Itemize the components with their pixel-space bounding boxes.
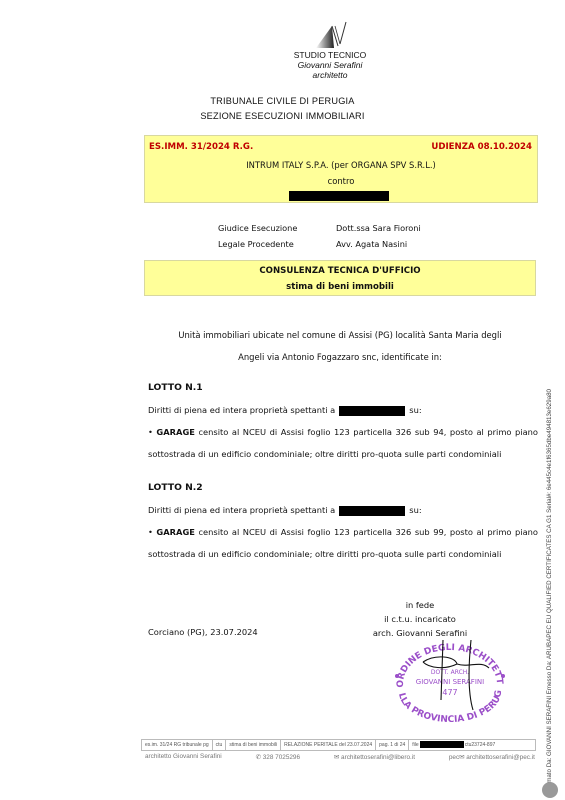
contact-phone: ✆ 328 7025296 xyxy=(256,753,300,761)
hearing-date: UDIENZA 08.10.2024 xyxy=(431,142,532,152)
rights-suffix: su: xyxy=(409,405,421,415)
judge-role: Giudice Esecuzione xyxy=(218,220,336,236)
item-type: GARAGE xyxy=(156,527,195,537)
studio-profession: architetto xyxy=(270,70,390,80)
professional-stamp-icon: ORDINE DEGLI ARCHITETTI DELLA PROVINCIA … xyxy=(385,640,515,722)
footer-cell: stima di beni immobili xyxy=(226,740,281,750)
studio-logo-mark-icon xyxy=(312,20,348,50)
document-title: CONSULENZA TECNICA D'UFFICIO xyxy=(145,263,535,279)
digital-signature-stamp: Firmato Da: GIOVANNI SERAFINI Emesso Da:… xyxy=(546,320,560,790)
document-subtitle: stima di beni immobili xyxy=(145,279,535,295)
lotto-rights: Diritti di piena ed intera proprietà spe… xyxy=(148,499,538,521)
footer-file-cell: filectu23724-897 xyxy=(409,740,535,750)
certificate-seal-icon xyxy=(542,782,558,798)
case-number: ES.IMM. 31/2024 R.G. xyxy=(149,142,253,152)
svg-text:GIOVANNI SERAFINI: GIOVANNI SERAFINI xyxy=(416,678,484,686)
court-heading: TRIBUNALE CIVILE DI PERUGIA SEZIONE ESEC… xyxy=(0,94,565,124)
contact-name: architetto Giovanni Serafini xyxy=(145,753,222,761)
svg-text:DOTT. ARCH.: DOTT. ARCH. xyxy=(431,669,469,676)
redacted-file xyxy=(420,741,464,748)
lotto-item: • GARAGE censito al NCEU di Assisi fogli… xyxy=(148,521,538,565)
creditor-party: INTRUM ITALY S.P.A. (per ORGANA SPV S.R.… xyxy=(145,160,537,170)
intro-line: Unità immobiliari ubicate nel comune di … xyxy=(140,324,540,346)
digital-signature-text: Firmato Da: GIOVANNI SERAFINI Emesso Da:… xyxy=(546,320,553,790)
judge-name: Avv. Agata Nasini xyxy=(336,236,407,252)
judge-row: Legale Procedente Avv. Agata Nasini xyxy=(218,236,421,252)
court-section: SEZIONE ESECUZIONI IMMOBILIARI xyxy=(0,109,565,124)
judge-name: Dott.ssa Sara Fioroni xyxy=(336,220,421,236)
file-prefix: file xyxy=(412,742,418,748)
redacted-owner xyxy=(339,406,405,416)
item-type: GARAGE xyxy=(156,427,195,437)
footer-contacts: architetto Giovanni Serafini ✆ 328 70252… xyxy=(145,753,535,761)
place-date: Corciano (PG), 23.07.2024 xyxy=(148,627,258,637)
signature-block: in fede il c.t.u. incaricato arch. Giova… xyxy=(330,598,510,640)
signature-line: il c.t.u. incaricato xyxy=(330,612,510,626)
contro-label: contro xyxy=(145,176,537,186)
contact-pec[interactable]: pec✉ architettoserafini@pec.it xyxy=(449,753,535,761)
signer-name: arch. Giovanni Serafini xyxy=(330,626,510,640)
lotto-section: LOTTO N.1 Diritti di piena ed intera pro… xyxy=(148,377,538,465)
studio-name: STUDIO TECNICO xyxy=(270,50,390,60)
title-box: CONSULENZA TECNICA D'UFFICIO stima di be… xyxy=(144,260,536,296)
intro-paragraph: Unità immobiliari ubicate nel comune di … xyxy=(140,324,540,368)
item-description: censito al NCEU di Assisi foglio 123 par… xyxy=(148,427,538,459)
rights-suffix: su: xyxy=(409,505,421,515)
judge-role: Legale Procedente xyxy=(218,236,336,252)
footer-cell: es.im. 31/24 RG tribunale pg xyxy=(142,740,213,750)
rights-prefix: Diritti di piena ed intera proprietà spe… xyxy=(148,505,335,515)
case-box: ES.IMM. 31/2024 R.G. UDIENZA 08.10.2024 … xyxy=(144,135,538,203)
lotto-title: LOTTO N.2 xyxy=(148,477,538,499)
lotto-rights: Diritti di piena ed intera proprietà spe… xyxy=(148,399,538,421)
footer-cell: RELAZIONE PERITALE del 23.07.2024 xyxy=(281,740,376,750)
signature-line: in fede xyxy=(330,598,510,612)
lotto-section: LOTTO N.2 Diritti di piena ed intera pro… xyxy=(148,477,538,565)
judge-row: Giudice Esecuzione Dott.ssa Sara Fioroni xyxy=(218,220,421,236)
judges-list: Giudice Esecuzione Dott.ssa Sara Fioroni… xyxy=(218,220,421,252)
court-name: TRIBUNALE CIVILE DI PERUGIA xyxy=(0,94,565,109)
rights-prefix: Diritti di piena ed intera proprietà spe… xyxy=(148,405,335,415)
footer-reference: es.im. 31/24 RG tribunale pg ctu stima d… xyxy=(141,739,536,751)
svg-text:477: 477 xyxy=(442,688,457,697)
footer-cell: ctu xyxy=(213,740,227,750)
intro-line: Angeli via Antonio Fogazzaro snc, identi… xyxy=(140,346,540,368)
lotto-item: • GARAGE censito al NCEU di Assisi fogli… xyxy=(148,421,538,465)
studio-owner: Giovanni Serafini xyxy=(270,60,390,70)
redacted-owner xyxy=(339,506,405,516)
item-description: censito al NCEU di Assisi foglio 123 par… xyxy=(148,527,538,559)
lotto-title: LOTTO N.1 xyxy=(148,377,538,399)
page-indicator: pag. 1 di 24 xyxy=(376,740,409,750)
redacted-debtor xyxy=(289,191,389,201)
file-suffix: ctu23724-897 xyxy=(465,742,496,748)
contact-email[interactable]: ✉ architettoserafini@libero.it xyxy=(334,753,415,761)
